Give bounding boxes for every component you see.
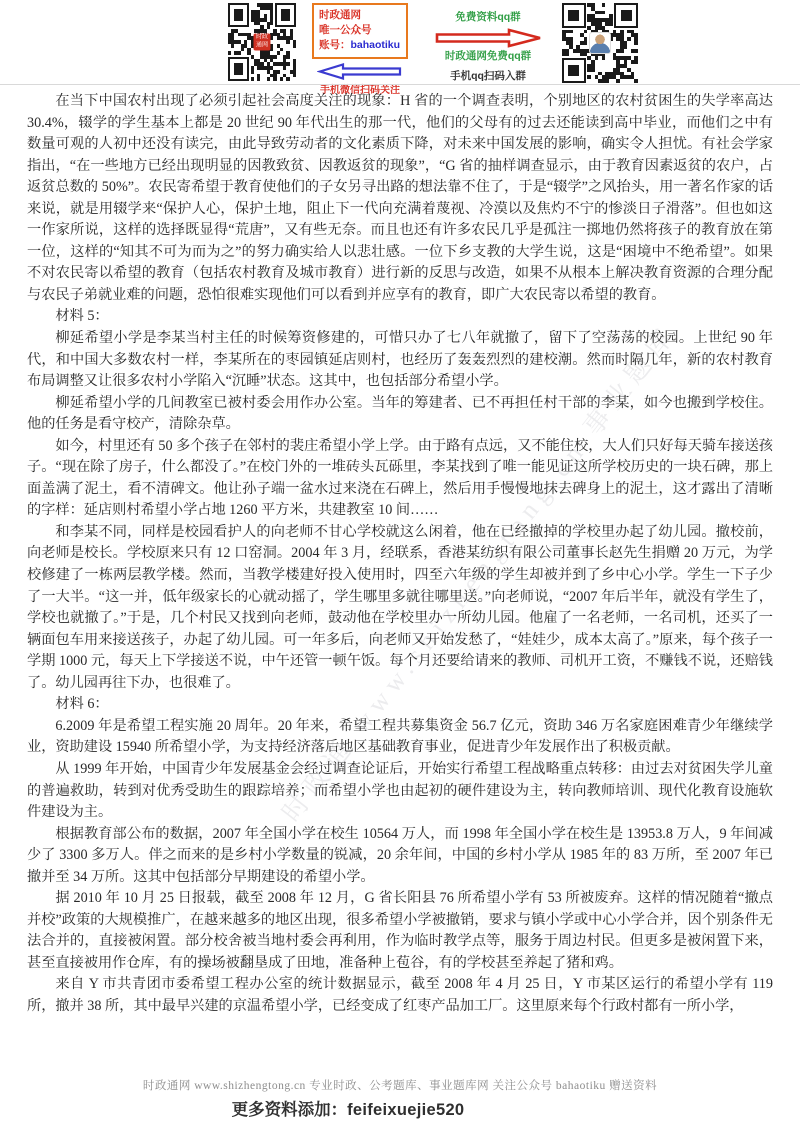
qr-finder-icon [275,3,296,27]
paragraph: 根据教育部公布的数据，2007 年全国小学在校生 10564 万人，而 1998… [27,824,773,889]
qq-group-mid-label: 时政通网免费qq群 [445,48,531,63]
paragraph: 6.2009 年是希望工程实施 20 周年。20 年来，希望工程共募集资金 56… [27,716,773,759]
paragraph: 据 2010 年 10 月 25 日报载，截至 2008 年 12 月，G 省长… [27,888,773,974]
paragraph: 柳延希望小学的几间教室已被村委会用作办公室。当年的筹建者、已不再担任村干部的李某… [27,393,773,436]
footer-contact-label: 更多资料添加： [232,1100,348,1119]
official-account-label: 唯一公众号 [319,23,400,38]
header-divider [0,84,800,85]
footer-contact: 更多资料添加：feifeixuejie520 [0,1096,748,1120]
material-6-label: 材料 6： [27,694,773,716]
footer-contact-value: feifeixuejie520 [347,1101,464,1119]
qq-qr-code [562,3,638,83]
paragraph: 从 1999 年开始，中国青少年发展基金会经过调查论证后，开始实行希望工程战略重… [27,759,773,824]
document-page: 时政通网 时政通网 唯一公众号 账号：bahaotiku 手机微信扫码关注 免费… [0,0,800,1132]
qr-finder-icon [228,57,249,81]
account-value: bahaotiku [350,39,400,51]
qr-finder-icon [614,3,638,28]
site-name: 时政通网 [319,8,400,23]
document-body: 在当下中国农村出现了必须引起社会高度关注的现象：H 省的一个调查表明，个别地区的… [27,91,773,1018]
material-5-label: 材料 5： [27,306,773,328]
qr-finder-icon [562,58,586,83]
promo-header: 时政通网 时政通网 唯一公众号 账号：bahaotiku 手机微信扫码关注 免费… [0,0,800,84]
qr-finder-icon [228,3,249,27]
account-row: 账号：bahaotiku [319,38,400,53]
paragraph: 和李某不同，同样是校园看护人的向老师不甘心学校就这么闲着，他在已经撤掉的学校里办… [27,522,773,694]
qq-group-top-label: 免费资料qq群 [455,9,520,24]
seal-icon: 时政通网 [254,34,271,51]
left-arrow-icon [317,63,403,80]
paragraph: 来自 Y 市共青团市委希望工程办公室的统计数据显示，截至 2008 年 4 月 … [27,974,773,1017]
footer-site-info: 时政通网 www.shizhengtong.cn 专业时政、公考题库、事业题库网… [0,1077,800,1093]
qq-scan-label: 手机qq扫码入群 [450,68,526,83]
account-label: 账号： [319,39,351,51]
paragraph: 柳延希望小学是李某当村主任的时候筹资修建的，可惜只办了七八年就撤了，留下了空荡荡… [27,328,773,393]
paragraph: 如今，村里还有 50 多个孩子在邻村的裴庄希望小学上学。由于路有点远，又不能住校… [27,436,773,522]
paragraph: 在当下中国农村出现了必须引起社会高度关注的现象：H 省的一个调查表明，个别地区的… [27,91,773,306]
qr-finder-icon [562,3,586,28]
avatar-icon [589,32,611,54]
account-box: 时政通网 唯一公众号 账号：bahaotiku [312,3,408,59]
right-arrow-icon [433,28,543,48]
wechat-qr-code: 时政通网 [228,3,296,81]
